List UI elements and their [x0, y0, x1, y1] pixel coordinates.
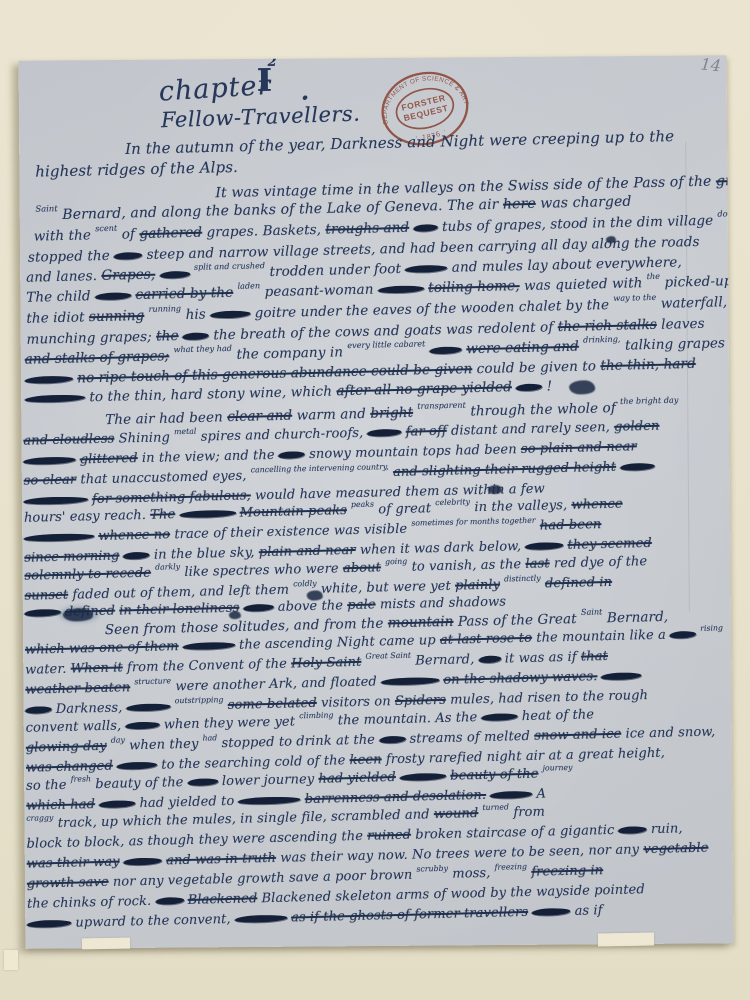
manuscript-text: leaves: [661, 316, 705, 333]
ink-blot: [490, 791, 533, 799]
manuscript-text: beauty of the: [95, 775, 184, 792]
manuscript-text: was charged: [540, 194, 632, 212]
manuscript-text: frosty rarefied night air at a great hei…: [386, 746, 665, 768]
ink-blot: [63, 608, 93, 621]
deleted-text: beauty of the: [450, 767, 539, 784]
inserted-text: transparent: [417, 400, 466, 411]
manuscript-text: hours' easy reach.: [24, 508, 146, 526]
deleted-text: Spiders: [395, 693, 446, 709]
manuscript-text: stopped the: [28, 248, 110, 266]
manuscript-text: of great: [378, 501, 431, 517]
ink-blot: [182, 332, 209, 340]
deleted-text: mountain: [388, 614, 454, 632]
manuscript-text: lower journey: [222, 772, 315, 789]
ink-blot: [243, 604, 274, 611]
deleted-text: that: [581, 649, 608, 665]
manuscript-text: the mountain. As the: [338, 710, 478, 728]
deleted-text: plainly: [455, 578, 500, 594]
deleted-text: at last rose to: [440, 631, 532, 648]
ink-blot: [478, 656, 501, 663]
inserted-text: Saint: [35, 203, 57, 214]
deleted-text: growth save: [27, 875, 109, 892]
deleted-text: barrenness and desolation.: [305, 788, 487, 807]
ink-blots: [19, 55, 727, 61]
manuscript-text: in the valleys,: [474, 498, 567, 515]
chapter-heading: chapter: [158, 70, 272, 108]
deleted-text: and was in truth: [166, 851, 276, 869]
manuscript-text: when it was dark below,: [360, 539, 522, 558]
ink-blot: [234, 915, 287, 923]
manuscript-text: block to block, as though they were asce…: [26, 829, 363, 852]
deleted-text: sunning: [89, 308, 145, 325]
deleted-text: troughs and: [325, 220, 409, 238]
manuscript-text: distant and rarely seen,: [451, 420, 610, 439]
inserted-text: the bright day: [620, 395, 678, 406]
manuscript-text: from: [513, 805, 545, 821]
inserted-text: distinctly: [504, 573, 541, 583]
deleted-text: clear and: [227, 408, 292, 426]
manuscript-line: highest ridges of the Alps.: [35, 158, 238, 181]
manuscript-text: Bernard,: [607, 609, 669, 626]
inserted-text: running: [148, 303, 181, 314]
deleted-text: plain and near: [259, 543, 356, 560]
paper-fold-line: [685, 142, 690, 612]
manuscript-text: and lanes.: [26, 268, 97, 286]
deleted-text: defined in: [545, 575, 612, 592]
ink-blot: [405, 265, 448, 273]
inserted-text: split and crushed: [194, 260, 265, 272]
deleted-text: ruined: [367, 828, 411, 844]
manuscript-text: so the: [26, 778, 67, 794]
manuscript-text: Darkness,: [56, 700, 123, 717]
inserted-text: way to the: [613, 292, 656, 303]
deleted-text: here: [503, 196, 536, 213]
inserted-text: structure: [134, 676, 171, 686]
manuscript-text: and mules: [452, 258, 524, 276]
deleted-text: in their loneliness: [119, 601, 239, 619]
ink-blot: [429, 346, 462, 354]
ink-blot: [379, 736, 406, 743]
deleted-text: The: [150, 507, 175, 523]
deleted-text: Blackened: [188, 891, 258, 908]
manuscript-text: to the searching cold of the: [161, 753, 345, 772]
manuscript-text: when they: [129, 737, 199, 754]
manuscript-text: Shining: [118, 430, 170, 446]
manuscript-text: streams of melted: [409, 729, 530, 747]
inserted-text: darkly: [155, 562, 180, 572]
manuscript-text: when they were yet: [164, 714, 296, 732]
inserted-text: had: [202, 733, 217, 742]
inserted-text: cancelling the intervening country,: [251, 462, 389, 474]
deleted-text: Holy Saint: [291, 655, 362, 672]
ink-blot: [525, 542, 564, 550]
manuscript-text: goitre under the eaves of the wooden cha…: [254, 297, 609, 321]
ink-blot: [182, 642, 235, 650]
manuscript-text: from the Convent of the: [127, 657, 287, 676]
manuscript-text: snowy mountain tops had been: [309, 442, 517, 462]
deleted-text: as if the ghosts of former travellers: [291, 905, 528, 926]
deleted-text: so clear: [24, 473, 77, 489]
ink-blot: [114, 252, 143, 260]
deleted-text: had yielded: [318, 770, 396, 787]
inserted-text: climbing: [299, 710, 333, 720]
deleted-text: were eating and: [466, 339, 579, 358]
ink-blot: [488, 485, 502, 494]
manuscript-text: The child: [26, 288, 91, 306]
deleted-text: snow and ice: [534, 727, 621, 744]
inserted-text: freezing: [494, 862, 527, 872]
inserted-text: coldly: [293, 578, 317, 588]
manuscript-text: broken staircase of a gigantic: [415, 823, 615, 843]
deleted-text: wound: [434, 806, 479, 822]
ink-blot: [229, 611, 241, 619]
manuscript-page: chapter 2 I . Fellow-Travellers. 14 DEPA…: [19, 55, 734, 949]
chapter-title: Fellow-Travellers.: [161, 102, 361, 133]
manuscript-text: mists and shadows: [380, 594, 507, 612]
deleted-text: which was one of them: [25, 639, 179, 658]
tape-mark: [598, 933, 654, 947]
manuscript-text: within a few: [462, 481, 545, 498]
deleted-text: toiling home,: [428, 278, 520, 296]
manuscript-text: the company in: [236, 344, 343, 363]
deleted-text: glittered: [80, 451, 138, 467]
inserted-text: every little cabaret: [347, 339, 425, 351]
ink-blot: [125, 722, 160, 730]
chapter-numeral: I: [257, 63, 272, 99]
deleted-text: the: [156, 328, 179, 345]
ink-blot: [23, 457, 76, 465]
inserted-text: what they had: [173, 343, 232, 354]
ink-blot: [620, 463, 655, 471]
manuscript-text: waterfall, sat: [661, 294, 734, 312]
manuscript-text: was quieted with: [524, 275, 643, 294]
deleted-text: last: [525, 556, 550, 572]
manuscript-text: highest ridges of the Alps.: [35, 158, 238, 181]
deleted-text: gathered: [139, 225, 202, 242]
inserted-text: craggy: [26, 813, 53, 823]
manuscript-text: picked-up grapes;: [664, 272, 733, 291]
manuscript-text: talking grapes: [625, 335, 725, 353]
manuscript-text: through the whole of: [470, 400, 616, 419]
ink-blot: [278, 451, 305, 458]
deleted-text: sunset: [24, 588, 68, 604]
manuscript-text: ruin,: [651, 821, 683, 837]
manuscript-text: were another Ark, and floated: [175, 674, 377, 694]
ink-blot: [155, 897, 184, 904]
inserted-text: turned: [482, 802, 509, 812]
inserted-text: scrubby: [416, 863, 448, 873]
manuscript-text: of: [122, 226, 136, 242]
tape-mark: [82, 938, 130, 950]
manuscript-text: Bernard,: [415, 652, 474, 668]
manuscript-text: warm and: [296, 406, 366, 424]
deleted-text: the thin, hard: [600, 356, 696, 374]
manuscript-text: spires and church-roofs,: [201, 426, 364, 445]
ink-blot: [24, 533, 95, 541]
manuscript-text: nor any vegetable growth save a poor bro…: [113, 868, 413, 890]
manuscript-text: his: [185, 307, 206, 323]
manuscript-text: grapes. Baskets,: [206, 222, 321, 241]
inserted-text: Saint: [581, 607, 603, 618]
deleted-text: bright: [370, 405, 413, 422]
deleted-text: whence no: [98, 527, 170, 544]
folio-number: 14: [700, 55, 722, 75]
ink-blot: [24, 376, 73, 384]
manuscript-text: red dye of the: [554, 554, 648, 571]
deleted-text: freezing in: [531, 863, 603, 880]
ink-blot: [601, 672, 642, 680]
manuscript-text: Pass of the Great: [458, 611, 577, 630]
deleted-text: Grapes,: [101, 267, 155, 284]
manuscript-text: ice and snow,: [625, 725, 715, 742]
manuscript-text: the idiot: [26, 309, 85, 326]
ink-blot: [377, 285, 424, 293]
manuscript-text: moss,: [452, 866, 490, 882]
manuscript-text: as if: [574, 903, 602, 919]
ink-blot: [399, 773, 446, 781]
manuscript-lines: In the autumn of the year, Darkness and …: [19, 55, 727, 61]
inserted-text: celebrity: [435, 497, 470, 507]
ink-blot: [669, 631, 696, 638]
deleted-text: after all no grape yielded: [336, 379, 512, 399]
inserted-text: peaks: [351, 499, 374, 509]
deleted-text: which had: [26, 797, 95, 814]
deleted-text: had been: [540, 517, 602, 533]
manuscript-text: convent walls,: [25, 719, 121, 736]
deleted-text: and cloudless: [23, 432, 114, 449]
inserted-text: day: [111, 735, 125, 744]
ink-blot: [187, 778, 218, 785]
ink-blot: [606, 236, 616, 243]
inserted-text: drinking,: [583, 334, 621, 345]
ink-blot: [123, 858, 162, 866]
manuscript-text: tubs of grapes, stood in the dim village: [442, 213, 714, 235]
deleted-text: pale: [347, 597, 376, 613]
manuscript-text: could be given to: [477, 358, 597, 377]
manuscript-text: the mountain like a: [536, 628, 666, 646]
deleted-text: for something fabulous,: [92, 488, 251, 507]
inserted-text: metal: [174, 426, 197, 436]
manuscript-text: it was as if: [505, 650, 577, 667]
ink-blot: [532, 908, 571, 916]
manuscript-text: above the: [278, 598, 344, 615]
deleted-text: far off: [406, 424, 447, 440]
deleted-text: golden: [614, 419, 660, 435]
manuscript-text: the chinks of rock.: [27, 894, 152, 912]
manuscript-text: with the: [34, 227, 92, 244]
inserted-text: fresh: [71, 774, 91, 783]
ink-blot: [238, 797, 301, 805]
deleted-text: glowing day: [26, 739, 107, 756]
inserted-text: outstripping: [175, 695, 224, 705]
deleted-text: vegetable: [643, 841, 708, 858]
deleted-text: and stalks of grapes;: [25, 348, 170, 367]
manuscript-text: water.: [25, 662, 67, 678]
inserted-text: journey: [542, 762, 572, 772]
manuscript-text: to the thin, hard stony wine, which: [89, 384, 332, 406]
deleted-text: was changed: [26, 759, 113, 776]
manuscript-text: A: [536, 787, 546, 802]
inserted-text: laden: [237, 281, 260, 292]
manuscript-text: trodden under foot: [269, 261, 401, 280]
deleted-text: Mountain peaks: [240, 503, 348, 521]
deleted-text: about: [343, 560, 381, 576]
ink-blot: [116, 762, 157, 770]
tape-mark: [4, 950, 18, 970]
inserted-text: the: [647, 271, 660, 281]
manuscript-text: to vanish, as the: [411, 557, 521, 575]
deleted-text: they seemed: [567, 536, 652, 553]
chapter-heading-period: .: [301, 77, 310, 106]
inserted-text: rising: [700, 623, 723, 633]
ink-blot: [126, 704, 171, 712]
ink-blot: [307, 590, 323, 600]
ink-blot: [159, 271, 190, 279]
manuscript-text: !: [546, 378, 552, 394]
manuscript-text: trace of their existence was visible: [174, 522, 407, 542]
deleted-text: weather-beaten: [25, 680, 130, 697]
ink-blot: [569, 380, 595, 394]
ink-blot: [24, 394, 85, 402]
inserted-text: Great Saint: [365, 650, 411, 660]
ink-blot: [123, 552, 150, 559]
manuscript-text: like spectres who were: [184, 561, 339, 580]
ink-blot: [380, 677, 439, 685]
inserted-text: scent: [95, 223, 117, 234]
ink-blot: [516, 384, 543, 392]
manuscript-text: visitors on: [321, 694, 391, 711]
ink-blot: [99, 800, 136, 808]
inserted-text: sometimes for months together: [411, 515, 535, 527]
deleted-text: since morning: [24, 549, 120, 566]
ink-blot: [27, 920, 72, 928]
ink-blot: [23, 496, 88, 504]
deleted-text: was their way: [27, 855, 120, 872]
manuscript-text: stopped to drink at the: [221, 733, 375, 752]
manuscript-text: was their way now. No trees were to be s…: [280, 844, 584, 866]
manuscript-text: white, but were yet: [321, 579, 451, 597]
manuscript-text: The air had been: [105, 409, 223, 428]
ink-blot: [25, 706, 52, 713]
deleted-text: on the shadowy waves.: [443, 669, 597, 688]
manuscript-text: nor any: [588, 842, 639, 858]
manuscript-text: peasant-woman: [264, 282, 373, 301]
manuscript-text: mules, had risen to the rough: [450, 688, 648, 708]
deleted-text: When it: [71, 660, 123, 676]
ink-blot: [210, 310, 251, 318]
deleted-text: so plain and near: [521, 439, 637, 457]
ink-blot: [94, 292, 131, 300]
ink-blot: [481, 713, 518, 721]
manuscript-text: munching grapes;: [26, 329, 152, 348]
photograph-background: chapter 2 I . Fellow-Travellers. 14 DEPA…: [0, 0, 750, 1000]
ink-blot: [24, 609, 61, 617]
manuscript-text: that unaccustomed eyes,: [80, 469, 246, 488]
ink-blot: [413, 224, 438, 232]
deleted-text: solemnly to recede: [24, 566, 151, 584]
ink-blot: [179, 510, 236, 518]
deleted-text: great: [716, 173, 734, 190]
deleted-text: the rich stalks: [558, 317, 657, 335]
ink-blot: [618, 826, 647, 833]
deleted-text: carried by the: [135, 285, 233, 303]
ink-blot: [367, 429, 402, 437]
manuscript-text: had yielded to: [139, 794, 234, 811]
manuscript-text: in the blue sky,: [154, 545, 255, 562]
manuscript-text: upward to the convent,: [75, 912, 231, 931]
manuscript-text: in the view; and the: [142, 448, 275, 466]
manuscript-text: heat of the: [522, 707, 595, 724]
deleted-text: and slighting their rugged height: [393, 460, 616, 480]
inserted-text: going: [385, 556, 407, 566]
inserted-text: doorways: [717, 208, 733, 219]
deleted-text: whence: [571, 497, 622, 513]
deleted-text: keen: [349, 752, 381, 768]
